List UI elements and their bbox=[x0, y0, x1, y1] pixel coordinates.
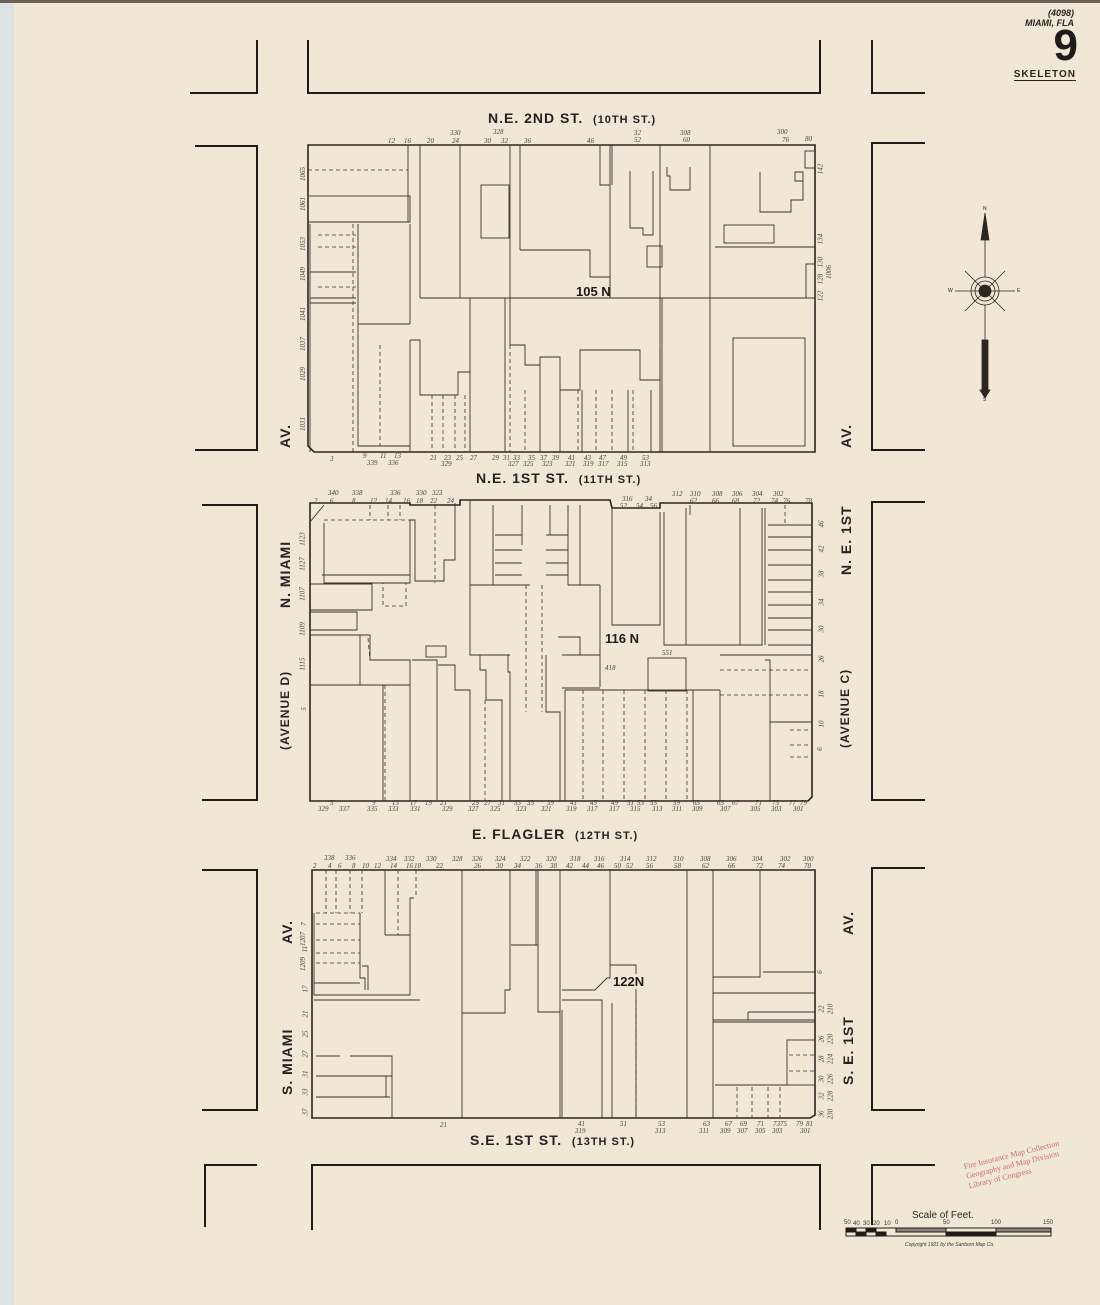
address-number: 1031 bbox=[299, 417, 307, 431]
address-number: 317 bbox=[598, 460, 609, 468]
address-number: 307 bbox=[737, 1127, 748, 1135]
scale-tick: 40 bbox=[853, 1221, 860, 1227]
address-number: 72 bbox=[756, 862, 763, 870]
address-number: 330 bbox=[426, 855, 437, 863]
address-number: 1107 bbox=[299, 587, 307, 600]
address-number: 327 bbox=[468, 805, 479, 813]
address-number: 11 bbox=[301, 946, 309, 952]
address-number: 328 bbox=[452, 855, 463, 863]
address-number: 30 bbox=[484, 137, 491, 145]
address-number: 52 bbox=[634, 136, 641, 144]
address-number: 25 bbox=[302, 1031, 310, 1038]
address-number: 5 bbox=[330, 799, 334, 807]
address-number: 330 bbox=[416, 489, 427, 497]
scale-tick: 10 bbox=[884, 1221, 891, 1227]
address-number: 66 bbox=[712, 497, 719, 505]
address-number: 330 bbox=[450, 129, 461, 137]
sheet-number: 9 bbox=[1054, 26, 1078, 66]
street-name: N.E. 1ST ST. bbox=[476, 470, 569, 486]
address-number: 230 bbox=[826, 1109, 834, 1120]
address-number: 52 bbox=[626, 862, 633, 870]
address-number: 50 bbox=[614, 862, 621, 870]
address-number: 11 bbox=[380, 452, 386, 460]
address-number: 56 bbox=[650, 502, 657, 510]
address-number: 313 bbox=[652, 805, 663, 813]
street-alt-name: (11TH ST.) bbox=[579, 474, 642, 486]
address-number: 78 bbox=[805, 497, 812, 505]
street-ne-1st-av: N. E. 1ST bbox=[838, 505, 854, 575]
address-number: 56 bbox=[646, 862, 653, 870]
address-number: 1207 bbox=[299, 932, 307, 946]
address-number: 327 bbox=[508, 460, 519, 468]
address-number: 42 bbox=[566, 862, 573, 870]
address-number: 305 bbox=[750, 805, 761, 813]
scale-tick: 100 bbox=[991, 1220, 1001, 1226]
address-number: 46 bbox=[818, 521, 826, 528]
street-alt-name: (10TH ST.) bbox=[593, 114, 656, 126]
address-number: 21 bbox=[440, 1121, 447, 1129]
address-number: 6 bbox=[816, 747, 824, 751]
address-number: 313 bbox=[640, 460, 651, 468]
address-number: 18 bbox=[414, 862, 421, 870]
address-number: 317 bbox=[587, 805, 598, 813]
address-number: 16 bbox=[403, 497, 410, 505]
address-number: 25 bbox=[456, 454, 463, 462]
street-se-1st: S.E. 1ST ST. (13TH ST.) bbox=[470, 1132, 635, 1148]
address-number: 130 bbox=[816, 257, 824, 268]
address-number: 122 bbox=[816, 291, 824, 302]
street-ne-2nd: N.E. 2ND ST. (10TH ST.) bbox=[488, 110, 656, 126]
street-avenue-d: (AVENUE D) bbox=[278, 671, 292, 750]
address-number: 3 bbox=[330, 455, 334, 463]
address-number: 315 bbox=[630, 805, 641, 813]
address-number: 329 bbox=[441, 460, 452, 468]
address-number: 78 bbox=[804, 862, 811, 870]
street-name: E. FLAGLER bbox=[472, 826, 565, 842]
address-number: 32 bbox=[501, 137, 508, 145]
address-number: 39 bbox=[552, 454, 559, 462]
address-number: 30 bbox=[818, 626, 826, 633]
address-number: 28 bbox=[818, 1056, 826, 1063]
address-number: 38 bbox=[550, 862, 557, 870]
address-number: 33 bbox=[302, 1089, 310, 1096]
address-number: 323 bbox=[432, 489, 443, 497]
address-number: 1006 bbox=[825, 265, 833, 279]
address-number: 321 bbox=[565, 460, 576, 468]
address-number: 12 bbox=[374, 862, 381, 870]
address-number: 76 bbox=[782, 136, 789, 144]
street-s-miami: S. MIAMI bbox=[279, 1029, 295, 1095]
address-number: 311 bbox=[672, 805, 682, 813]
address-number: 329 bbox=[442, 805, 453, 813]
address-number: 321 bbox=[541, 805, 552, 813]
address-number: 26 bbox=[818, 656, 826, 663]
street-name: N.E. 2ND ST. bbox=[488, 110, 583, 126]
address-number: 1061 bbox=[299, 197, 307, 211]
address-number: 331 bbox=[410, 805, 421, 813]
address-number: 46 bbox=[587, 137, 594, 145]
address-number: 313 bbox=[655, 1127, 666, 1135]
address-number: 32 bbox=[818, 1093, 826, 1100]
address-number: 315 bbox=[617, 460, 628, 468]
address-number: 2 bbox=[314, 497, 318, 505]
address-number: 1053 bbox=[299, 237, 307, 251]
address-number: 34 bbox=[818, 599, 826, 606]
address-number: 17 bbox=[302, 986, 310, 993]
address-number: 210 bbox=[826, 1004, 834, 1015]
address-number: 319 bbox=[575, 1127, 586, 1135]
street-avenue-c: (AVENUE C) bbox=[838, 669, 852, 748]
address-number: 24 bbox=[452, 137, 459, 145]
address-number: 2 bbox=[313, 862, 317, 870]
address-number: 37 bbox=[302, 1109, 310, 1116]
scale-tick: 150 bbox=[1043, 1220, 1053, 1226]
address-number: 323 bbox=[542, 460, 553, 468]
street-ne-1st: N.E. 1ST ST. (11TH ST.) bbox=[476, 470, 641, 486]
address-number: 14 bbox=[390, 862, 397, 870]
block-label-122n: 122N bbox=[613, 974, 644, 989]
address-number: 21 bbox=[302, 1011, 310, 1018]
address-number: 16 bbox=[406, 862, 413, 870]
scale-tick: 50 bbox=[844, 1220, 851, 1226]
address-number: 60 bbox=[683, 136, 690, 144]
interior-address: 551 bbox=[662, 649, 673, 657]
address-number: 35 bbox=[528, 454, 535, 462]
address-number: 29 bbox=[492, 454, 499, 462]
address-number: 24 bbox=[447, 497, 454, 505]
address-number: 62 bbox=[690, 497, 697, 505]
block-122n-dashed bbox=[316, 870, 815, 1118]
address-number: 328 bbox=[493, 128, 504, 136]
address-number: 1029 bbox=[299, 367, 307, 381]
compass-rose-icon bbox=[955, 213, 1015, 398]
address-number: 335 bbox=[367, 805, 378, 813]
address-number: 311 bbox=[699, 1127, 709, 1135]
address-number: 301 bbox=[800, 1127, 811, 1135]
address-number: 67 bbox=[732, 799, 739, 807]
address-number: 51 bbox=[620, 1120, 627, 1128]
street-east-av-bottom: AV. bbox=[840, 911, 856, 935]
street-n-miami: N. MIAMI bbox=[277, 541, 293, 608]
address-number: 58 bbox=[674, 862, 681, 870]
address-number: 10 bbox=[818, 721, 826, 728]
sheet-code: (4098) bbox=[1025, 8, 1074, 18]
block-122n-outline bbox=[312, 870, 815, 1118]
address-number: 303 bbox=[772, 1127, 783, 1135]
address-number: 317 bbox=[609, 805, 620, 813]
address-number: 22 bbox=[430, 497, 437, 505]
street-name: S.E. 1ST ST. bbox=[470, 1132, 562, 1148]
address-number: 26 bbox=[818, 1036, 826, 1043]
address-number: 44 bbox=[582, 862, 589, 870]
address-number: 14 bbox=[385, 497, 392, 505]
address-number: 21 bbox=[430, 454, 437, 462]
address-number: 224 bbox=[826, 1054, 834, 1065]
address-number: 7 bbox=[300, 922, 308, 926]
address-number: 1127 bbox=[299, 557, 307, 570]
block-105n-outline bbox=[308, 145, 815, 452]
address-number: 30 bbox=[818, 1076, 826, 1083]
address-number: 42 bbox=[818, 546, 826, 553]
address-number: 338 bbox=[324, 854, 335, 862]
address-number: 1123 bbox=[299, 532, 307, 545]
address-number: 9 bbox=[363, 452, 367, 460]
address-number: 301 bbox=[793, 805, 804, 813]
address-number: 6 bbox=[816, 970, 824, 974]
address-number: 16 bbox=[404, 137, 411, 145]
address-number: 340 bbox=[328, 489, 339, 497]
address-number: 338 bbox=[352, 489, 363, 497]
address-number: 1115 bbox=[298, 658, 306, 671]
street-alt-name: (13TH ST.) bbox=[572, 1136, 635, 1148]
address-number: 38 bbox=[818, 571, 826, 578]
address-number: 1037 bbox=[299, 337, 307, 351]
address-number: 325 bbox=[490, 805, 501, 813]
compass-east-label: E bbox=[1017, 288, 1020, 294]
address-number: 12 bbox=[370, 497, 377, 505]
address-number: 1109 bbox=[299, 622, 307, 635]
address-number: 35 bbox=[527, 799, 534, 807]
address-number: 307 bbox=[720, 805, 731, 813]
address-number: 54 bbox=[636, 502, 643, 510]
address-number: 309 bbox=[720, 1127, 731, 1135]
address-number: 337 bbox=[339, 805, 350, 813]
block-label-105n: 105 N bbox=[576, 284, 611, 299]
address-number: 303 bbox=[771, 805, 782, 813]
block-122n-lots bbox=[314, 870, 815, 1118]
address-number: 226 bbox=[826, 1074, 834, 1085]
street-west-av-bottom: AV. bbox=[279, 920, 295, 944]
address-number: 322 bbox=[520, 855, 531, 863]
street-east-av-top: AV. bbox=[838, 424, 854, 448]
address-number: 30 bbox=[496, 862, 503, 870]
address-number: 319 bbox=[566, 805, 577, 813]
address-number: 323 bbox=[516, 805, 527, 813]
address-number: 336 bbox=[345, 854, 356, 862]
map-linework bbox=[0, 0, 1100, 1305]
address-number: 6 bbox=[338, 862, 342, 870]
address-number: 312 bbox=[672, 490, 683, 498]
interior-address: 418 bbox=[605, 664, 616, 672]
address-number: 36 bbox=[818, 1111, 826, 1118]
address-number: 8 bbox=[352, 862, 356, 870]
address-number: 319 bbox=[583, 460, 594, 468]
address-number: 128 bbox=[816, 274, 824, 285]
address-number: 72 bbox=[753, 497, 760, 505]
address-number: 22 bbox=[818, 1006, 826, 1013]
address-number: 309 bbox=[692, 805, 703, 813]
address-number: 333 bbox=[388, 805, 399, 813]
street-se-1st-av: S. E. 1ST bbox=[840, 1016, 856, 1085]
address-number: 336 bbox=[390, 489, 401, 497]
address-number: 1209 bbox=[299, 957, 307, 971]
scale-tick: 30 bbox=[863, 1221, 870, 1227]
address-number: 220 bbox=[826, 1034, 834, 1045]
address-number: 31 bbox=[302, 1071, 310, 1078]
block-label-116n: 116 N bbox=[605, 631, 639, 646]
compass-west-label: W bbox=[948, 288, 953, 294]
address-number: 18 bbox=[818, 691, 826, 698]
address-number: 8 bbox=[352, 497, 356, 505]
sheet-subtitle: SKELETON bbox=[1014, 69, 1076, 81]
address-number: 329 bbox=[318, 805, 329, 813]
address-number: 26 bbox=[474, 862, 481, 870]
address-number: 305 bbox=[755, 1127, 766, 1135]
address-number: 12 bbox=[388, 137, 395, 145]
address-number: 134 bbox=[816, 234, 824, 245]
scale-tick: 0 bbox=[895, 1220, 898, 1226]
address-number: 1041 bbox=[299, 307, 307, 321]
address-number: 5 bbox=[300, 707, 308, 711]
block-105n-lots bbox=[308, 145, 815, 452]
address-number: 66 bbox=[728, 862, 735, 870]
address-number: 228 bbox=[826, 1091, 834, 1102]
address-number: 52 bbox=[620, 502, 627, 510]
address-number: 339 bbox=[367, 459, 378, 467]
copyright-notice: Copyright 1921 by the Sanborn Map Co. bbox=[905, 1242, 995, 1248]
address-number: 36 bbox=[535, 862, 542, 870]
address-number: 4 bbox=[328, 862, 332, 870]
scale-tick: 20 bbox=[873, 1221, 880, 1227]
address-number: 1049 bbox=[299, 267, 307, 281]
address-number: 19 bbox=[425, 799, 432, 807]
address-number: 22 bbox=[436, 862, 443, 870]
street-e-flagler: E. FLAGLER (12TH ST.) bbox=[472, 826, 638, 842]
address-number: 34 bbox=[514, 862, 521, 870]
address-number: 300 bbox=[777, 128, 788, 136]
scale-bar bbox=[846, 1228, 1051, 1236]
address-number: 62 bbox=[702, 862, 709, 870]
block-105n-dashed bbox=[308, 170, 633, 452]
address-number: 80 bbox=[805, 135, 812, 143]
address-number: 68 bbox=[732, 497, 739, 505]
address-number: 27 bbox=[470, 454, 477, 462]
address-number: 6 bbox=[330, 497, 334, 505]
address-number: 1065 bbox=[299, 167, 307, 181]
address-number: 10 bbox=[362, 862, 369, 870]
street-alt-name: (12TH ST.) bbox=[575, 830, 638, 842]
address-number: 142 bbox=[816, 164, 824, 175]
address-number: 76 bbox=[783, 497, 790, 505]
scale-tick: 50 bbox=[943, 1220, 950, 1226]
address-number: 74 bbox=[778, 862, 785, 870]
address-number: 336 bbox=[388, 459, 399, 467]
address-number: 20 bbox=[427, 137, 434, 145]
compass-south-label: S bbox=[983, 397, 986, 403]
address-number: 18 bbox=[416, 497, 423, 505]
compass-north-label: N bbox=[983, 206, 987, 212]
address-number: 74 bbox=[771, 497, 778, 505]
address-number: 36 bbox=[524, 137, 531, 145]
address-number: 27 bbox=[302, 1051, 310, 1058]
street-west-av-top: AV. bbox=[277, 424, 293, 448]
address-number: 46 bbox=[597, 862, 604, 870]
